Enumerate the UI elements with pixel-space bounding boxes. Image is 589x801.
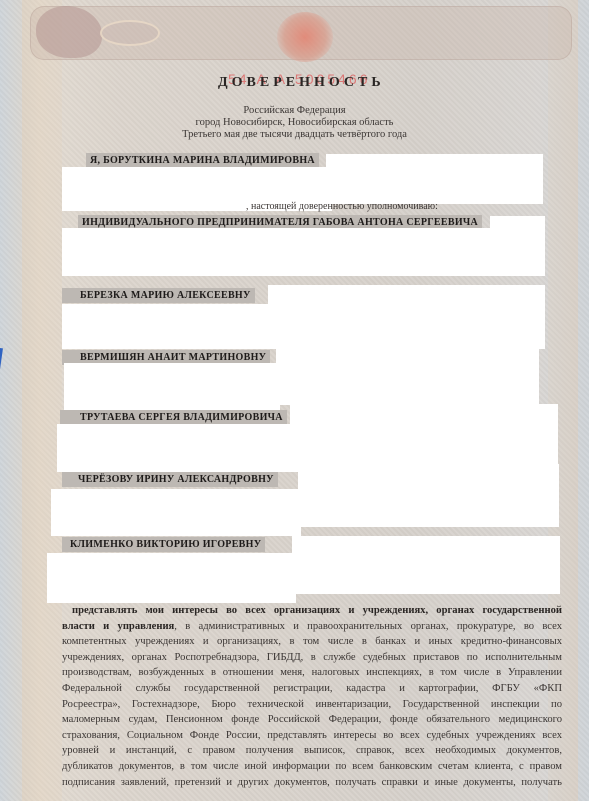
authorize-phrase: , настоящей доверенностью уполномочиваю: <box>246 201 438 212</box>
oval-ornament <box>100 20 160 46</box>
powers-line: власти и управления, в административных … <box>62 619 562 635</box>
representative-name: КЛИМЕНКО ВИКТОРИЮ ИГОРЕВНУ <box>62 537 265 552</box>
redaction-box <box>64 363 280 410</box>
powers-line: страхования, Социальном Фонде России, пр… <box>62 728 562 744</box>
powers-bold-fragment: власти и управления <box>62 621 174 632</box>
powers-line: уровней и инстанций, с правом получения … <box>62 743 562 759</box>
powers-line: дубликатов документов, в том числе иной … <box>62 759 562 775</box>
powers-line: Росреестра», Гостехнадзоре, Бюро техниче… <box>62 697 562 713</box>
coat-of-arms-icon <box>277 12 333 62</box>
document-title: ДОВЕРЕННОСТЬ <box>218 75 385 91</box>
redaction-box <box>268 285 545 349</box>
redaction-box <box>298 464 559 527</box>
redaction-box <box>276 349 539 405</box>
powers-line: маломерным судам, Пенсионном фонде Росси… <box>62 712 562 728</box>
principal-name: Я, БОРУТКИНА МАРИНА ВЛАДИМИРОВНА <box>86 153 319 168</box>
redaction-box <box>51 489 301 536</box>
powers-fragment: , в административных и правоохранительны… <box>174 621 562 632</box>
powers-line: подписания заявлений, претензий и других… <box>62 775 562 791</box>
representative-name: ТРУТАЕВА СЕРГЕЯ ВЛАДИМИРОВИЧА <box>60 410 287 425</box>
powers-paragraph: представлять мои интересы во всех органи… <box>62 603 562 790</box>
header-country: Российская Федерация <box>0 105 589 116</box>
redaction-box <box>62 228 545 276</box>
powers-lead: представлять мои интересы во всех органи… <box>62 603 562 619</box>
header-place: город Новосибирск, Новосибирская область <box>0 117 589 128</box>
pen-mark <box>0 348 3 596</box>
redaction-box <box>292 536 560 594</box>
powers-line: компетентных учреждениях и организациях,… <box>62 634 562 650</box>
header-date: Третьего мая две тысячи двадцать четвёрт… <box>0 129 589 140</box>
representative-name: ЧЕРЁЗОВУ ИРИНУ АЛЕКСАНДРОВНУ <box>62 472 278 487</box>
redaction-box <box>62 304 272 349</box>
document-page: 54 А А 5005466 ДОВЕРЕННОСТЬ Российская Ф… <box>0 0 589 801</box>
redaction-box <box>47 553 296 603</box>
representative-name: БЕРЕЗКА МАРИЮ АЛЕКСЕЕВНУ <box>62 288 255 303</box>
powers-line: учреждениях, органах Роспотребнадзора, Г… <box>62 650 562 666</box>
redaction-box <box>326 154 543 204</box>
powers-line: Федеральной службы государственной регис… <box>62 681 562 697</box>
powers-line: производствам, возбужденных в отношении … <box>62 665 562 681</box>
